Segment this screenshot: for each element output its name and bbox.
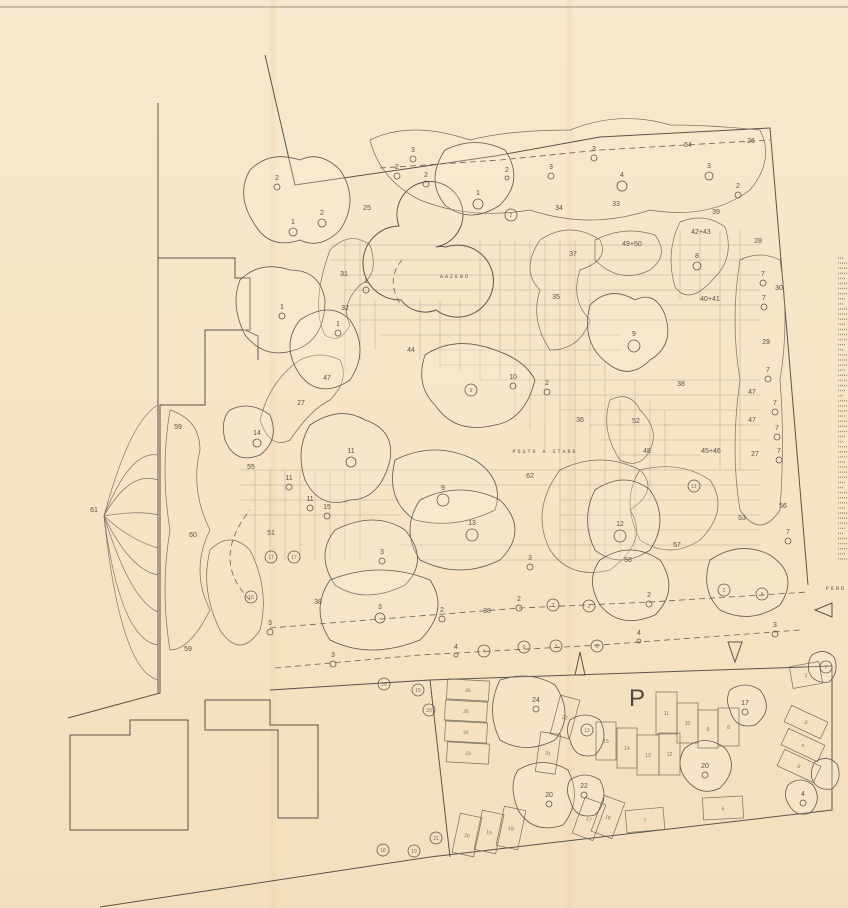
parking-bay-number: 19 [485, 829, 492, 836]
marker-number: 2 [588, 604, 591, 610]
section-arrow-down-icon [728, 642, 742, 662]
tree-symbol: 4 [617, 172, 627, 191]
tree-trunk-icon [735, 192, 741, 198]
parking-bay-number: 15 [603, 739, 609, 745]
tree-number: 7 [777, 448, 781, 455]
tree-number: 14 [253, 430, 261, 437]
parking-bay: 3 [784, 705, 828, 738]
zone-label: 38 [314, 599, 322, 606]
zone-label: 55 [247, 464, 255, 471]
tree-trunk-icon [527, 564, 533, 570]
marker-number: 3 [555, 644, 558, 650]
parking-bay-number: 3 [803, 720, 808, 727]
parking-bay: 14 [617, 728, 637, 768]
marker-number: 15 [415, 688, 421, 694]
parking-bay: 4 [781, 728, 825, 761]
tree-symbol: 2 [394, 164, 400, 179]
tree-number: 3 [528, 555, 532, 562]
tree-symbol: 2 [735, 183, 741, 198]
zone-label: 52 [632, 418, 640, 425]
parking-bay: 25 [445, 700, 488, 722]
plant-legend-column [838, 258, 848, 559]
tree-trunk-icon [772, 409, 778, 415]
marker-number: 19 [411, 849, 417, 855]
parking-bay-number: 21 [545, 751, 552, 758]
tree-number: 2 [647, 592, 651, 599]
parking-symbol: P [629, 685, 645, 712]
tree-number: 3 [380, 549, 384, 556]
tree-number: 3 [592, 146, 596, 153]
tree-number: 20 [545, 792, 553, 799]
section-arrow-left-icon [815, 603, 832, 617]
tree-number: 9 [441, 485, 445, 492]
zone-label: 47 [748, 389, 756, 396]
tree-number: 3 [411, 147, 415, 154]
tree-trunk-icon [267, 629, 273, 635]
tree-symbol: 7 [776, 448, 782, 463]
marker-number: 9 [470, 388, 473, 394]
tree-symbol: 3 [548, 164, 554, 179]
parking-bay: 26 [447, 679, 490, 701]
tree-symbol: 7 [765, 367, 771, 382]
circled-marker: 15 [412, 684, 424, 696]
tree-number: 7 [761, 271, 765, 278]
zone-label: 49+50 [622, 241, 642, 248]
site-plan-sheet: GAZEBO POSTO A STARE [0, 0, 848, 908]
tree-number: 10 [509, 374, 517, 381]
zone-label: 59 [184, 646, 192, 653]
tree-symbol: 7 [772, 400, 778, 415]
landscape-plan-drawing: GAZEBO POSTO A STARE [0, 0, 848, 908]
parking-bay: 24 [445, 721, 488, 743]
tree-symbol: 7 [761, 295, 767, 310]
tree-number: 2 [320, 210, 324, 217]
zone-label: 60 [189, 532, 197, 539]
zone-label: 58 [624, 557, 632, 564]
tree-trunk-icon [785, 538, 791, 544]
section-arrow-up-icon [575, 652, 585, 675]
tree-number: 2 [545, 380, 549, 387]
tree-symbol: 3 [527, 555, 533, 570]
tree-number: 2 [505, 167, 509, 174]
marker-number: 23 [426, 708, 432, 714]
tree-number: 4 [454, 644, 458, 651]
circled-marker: 19 [408, 845, 420, 857]
zone-label: 30 [775, 285, 783, 292]
tree-symbol: 7 [774, 425, 780, 440]
zone-label: 44 [407, 347, 415, 354]
zone-label: 36 [576, 417, 584, 424]
marker-number: 6 [596, 644, 599, 650]
zone-label: 40+41 [700, 296, 720, 303]
zone-label: 37 [569, 251, 577, 258]
zone-label: 54 [684, 142, 692, 149]
tree-number: 11 [285, 475, 292, 482]
parking-bay-number: 9 [707, 727, 710, 733]
parking-bay-number: 2 [804, 673, 808, 679]
marker-number: 15 [381, 682, 387, 688]
lawn-label: POSTO A STARE [512, 449, 577, 455]
circled-marker: 17 [288, 551, 300, 563]
parking-bay-number: 5 [796, 764, 801, 771]
circled-marker: 6 [591, 640, 603, 652]
marker-number: 13 [584, 728, 590, 734]
circled-marker: 15 [378, 678, 390, 690]
zone-label: 61 [90, 507, 98, 514]
tree-symbol: 1 [363, 278, 369, 293]
tree-symbol: 7 [760, 271, 766, 286]
tree-trunk-icon [617, 181, 627, 191]
zone-label: 47 [748, 417, 756, 424]
tree-number: 3 [549, 164, 553, 171]
tree-symbol: 4 [637, 630, 641, 643]
zone-label: 62 [526, 473, 534, 480]
zone-label: 26 [747, 138, 755, 145]
tree-number: 4 [620, 172, 624, 179]
circled-marker: 6 [518, 641, 530, 653]
parking-bay-number: 4 [800, 743, 805, 750]
parking-bay-number: 7 [643, 818, 647, 824]
tree-symbol: 3 [410, 147, 416, 162]
tree-number: 20 [701, 763, 709, 770]
zone-label: 34 [555, 205, 563, 212]
tree-symbol: 7 [785, 529, 791, 544]
zone-label: 35 [552, 294, 560, 301]
tree-number: 7 [786, 529, 790, 536]
tree-number: 1 [336, 321, 340, 328]
parking-bay-number: 26 [465, 688, 471, 694]
tree-number: 1 [364, 278, 368, 285]
parking-bay: 11 [656, 692, 677, 734]
tree-trunk-icon [324, 513, 330, 519]
marker-number: 16 [248, 595, 254, 601]
marker-number: 3 [761, 592, 764, 598]
zone-label: 51 [267, 530, 275, 537]
tree-trunk-icon [454, 653, 458, 657]
parking-bay-number: 16 [604, 814, 611, 822]
tree-trunk-icon [330, 661, 336, 667]
tree-number: 9 [632, 331, 636, 338]
tree-number: 2 [440, 607, 444, 614]
tree-trunk-icon [760, 280, 766, 286]
zone-label: 27 [751, 451, 759, 458]
circled-marker: 11 [688, 480, 700, 492]
zone-label: 45+46 [701, 448, 721, 455]
parking-bay-number: 20 [463, 832, 470, 839]
tree-number: 3 [773, 622, 777, 629]
parking-bay-number: 13 [645, 753, 651, 759]
zone-label: 28 [754, 238, 762, 245]
tree-number: 8 [695, 253, 699, 260]
parking-bay-number: 17 [585, 816, 592, 824]
tree-trunk-icon [774, 434, 780, 440]
tree-number: 2 [424, 172, 428, 179]
zone-label: 38 [677, 381, 685, 388]
parking-bay-number: 10 [685, 721, 691, 727]
tree-number: 11 [306, 496, 313, 503]
tree-number: 2 [517, 596, 521, 603]
tree-number: 15 [323, 504, 331, 511]
tree-trunk-icon [410, 156, 416, 162]
zone-label: 38 [483, 608, 491, 615]
parking-bay-number: 11 [664, 711, 669, 717]
zone-label: 42+43 [691, 229, 711, 236]
circled-marker: 18 [377, 844, 389, 856]
tree-symbol: 3 [591, 146, 597, 161]
parking-bay-number: 8 [727, 725, 730, 731]
tree-symbol: 2 [516, 596, 522, 611]
circled-marker: 2 [583, 600, 595, 612]
zone-label: 39 [712, 209, 720, 216]
callout-lines-61 [104, 405, 158, 680]
circled-marker: 21 [430, 832, 442, 844]
tree-number: 3 [378, 604, 382, 611]
tree-trunk-icon [705, 172, 713, 180]
tree-number: 4 [637, 630, 641, 637]
tree-number: 7 [775, 425, 779, 432]
tree-symbol: 3 [772, 622, 778, 637]
tree-number: 1 [476, 190, 480, 197]
tree-number: 24 [532, 697, 540, 704]
tree-number: 1 [280, 304, 284, 311]
parking-bay: 13 [637, 735, 659, 775]
tree-trunk-icon [776, 457, 782, 463]
marker-number: 2 [723, 588, 726, 594]
circled-marker: 2 [547, 599, 559, 611]
zone-label: 48 [643, 448, 651, 455]
marker-number: 18 [380, 848, 386, 854]
tree-number: 12 [616, 521, 624, 528]
zone-label: 25 [363, 205, 371, 212]
tree-symbol: 11 [306, 496, 313, 511]
marker-number: 11 [691, 484, 696, 490]
tree-number: 4 [801, 791, 805, 798]
parking-bay-number: 12 [667, 752, 673, 758]
tree-trunk-icon [548, 173, 554, 179]
marker-number: 2 [510, 213, 513, 219]
zone-label: 32 [341, 305, 349, 312]
parking-bay-number: 23 [465, 751, 471, 757]
tree-symbol: 3 [705, 163, 713, 180]
tree-number: 7 [766, 367, 770, 374]
tree-symbol: 3 [330, 652, 336, 667]
zone-label: 33 [612, 201, 620, 208]
tree-number: 7 [762, 295, 766, 302]
parking-bay-number: 6 [722, 806, 725, 812]
marker-number: 4 [483, 649, 486, 655]
parking-bay: 7 [625, 807, 665, 832]
parking-bay-number: 18 [507, 825, 514, 832]
parking-bay: 23 [447, 742, 490, 764]
tree-number: 22 [580, 783, 588, 790]
circled-marker: 3 [550, 640, 562, 652]
tree-trunk-icon [761, 304, 767, 310]
edge-label: PERD [826, 586, 846, 592]
tree-symbol: 4 [454, 644, 458, 657]
tree-number: 17 [741, 700, 749, 707]
tree-number: 7 [773, 400, 777, 407]
marker-number: 17 [291, 555, 297, 561]
tree-symbol: 11 [285, 475, 292, 490]
tree-number: 3 [268, 620, 272, 627]
marker-number: 21 [433, 836, 439, 842]
gazebo-label: GAZEBO [440, 274, 470, 280]
parking-bay-number: 25 [463, 709, 469, 715]
tree-number: 3 [707, 163, 711, 170]
tree-number: 2 [275, 175, 279, 182]
zone-label: 57 [673, 542, 681, 549]
marker-number: 7 [825, 665, 828, 671]
zone-label: 53 [738, 515, 746, 522]
circled-marker: 17 [265, 551, 277, 563]
zone-label: 56 [779, 503, 787, 510]
circled-marker: 2 [505, 209, 517, 221]
tree-symbol: 2 [423, 172, 429, 187]
marker-number: 6 [523, 645, 526, 651]
marker-number: 2 [552, 603, 555, 609]
zone-label: 31 [340, 271, 348, 278]
parking-bay-number: 14 [624, 746, 630, 752]
tree-number: 2 [736, 183, 740, 190]
tree-trunk-icon [765, 376, 771, 382]
tree-trunk-icon [307, 505, 313, 511]
tree-trunk-icon [591, 155, 597, 161]
tree-trunk-icon [394, 173, 400, 179]
tree-number: 2 [395, 164, 399, 171]
parking-bay: 6 [702, 796, 743, 820]
zone-label: 47 [323, 375, 331, 382]
tree-number: 3 [331, 652, 335, 659]
zone-label: 59 [174, 424, 182, 431]
tree-number: 11 [347, 448, 354, 455]
marker-number: 17 [268, 555, 274, 561]
parking-bay-number: 24 [463, 730, 469, 736]
zone-label: 27 [297, 400, 305, 407]
tree-number: 13 [468, 520, 476, 527]
zone-label: 29 [762, 339, 770, 346]
tree-trunk-icon [439, 616, 445, 622]
tree-number: 1 [291, 219, 295, 226]
